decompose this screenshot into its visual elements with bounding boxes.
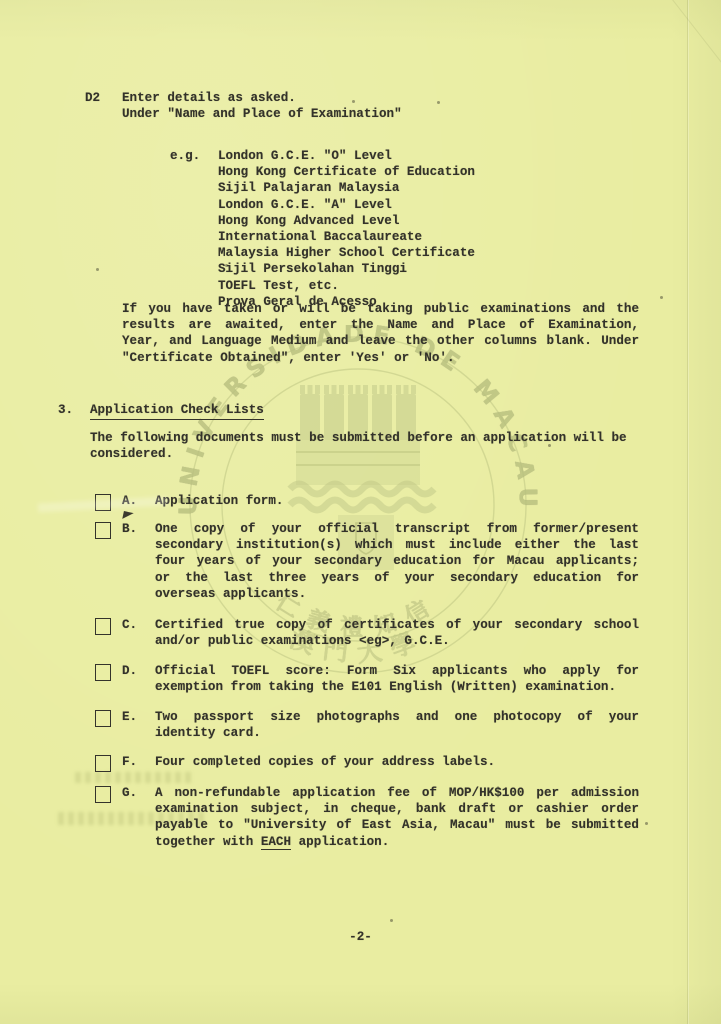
item-letter: E. [122, 709, 137, 725]
item-line: One copy of your official transcript fro… [155, 521, 639, 537]
item-line: A non-refundable application fee of MOP/… [155, 785, 639, 801]
item-line: Two passport size photographs and one ph… [155, 709, 639, 725]
g-last-suffix: application. [291, 835, 389, 849]
item-letter: G. [122, 785, 137, 801]
item-line: exemption from taking the E101 English (… [155, 679, 639, 695]
checkbox-e [95, 710, 111, 727]
item-line: and/or public examinations <eg>, G.C.E. [155, 633, 639, 649]
checkbox-b [95, 522, 111, 539]
g-underlined-word: EACH [261, 835, 291, 851]
paper-speck [96, 268, 99, 271]
item-line: together with EACH application. [155, 834, 639, 850]
item-line: Official TOEFL score: Form Six applicant… [155, 663, 639, 679]
item-line: four years of your secondary education f… [155, 553, 639, 569]
g-last-prefix: together with [155, 835, 261, 849]
checkbox-g [95, 786, 111, 803]
checklist: A. Application form. B. One copy of your… [0, 0, 721, 1024]
checkbox-f [95, 755, 111, 772]
checkbox-c [95, 618, 111, 635]
paper-speck [660, 296, 663, 299]
page-number: -2- [0, 929, 721, 945]
checkbox-d [95, 664, 111, 681]
item-letter: B. [122, 521, 137, 537]
item-letter: D. [122, 663, 137, 679]
paper-speck [225, 264, 228, 267]
paper-speck [645, 822, 648, 825]
item-letter: C. [122, 617, 137, 633]
item-line: Application form. [155, 493, 639, 509]
item-line: or the last three years of your secondar… [155, 570, 639, 586]
item-line: secondary institution(s) which must incl… [155, 537, 639, 553]
scanned-document-page: UNIVERSIDADE DE MACAU 仁義禮知信 澳門大學 [0, 0, 721, 1024]
item-letter: F. [122, 754, 137, 770]
item-line: Certified true copy of certificates of y… [155, 617, 639, 633]
item-line: examination subject, in cheque, bank dra… [155, 801, 639, 817]
item-line: payable to "University of East Asia, Mac… [155, 817, 639, 833]
paper-speck [390, 919, 393, 922]
paper-speck [352, 100, 355, 103]
paper-speck [437, 101, 440, 104]
item-line: Four completed copies of your address la… [155, 754, 639, 770]
vertical-fold-line [687, 0, 688, 1024]
paper-speck [548, 444, 551, 447]
item-line: identity card. [155, 725, 639, 741]
item-line: overseas applicants. [155, 586, 639, 602]
